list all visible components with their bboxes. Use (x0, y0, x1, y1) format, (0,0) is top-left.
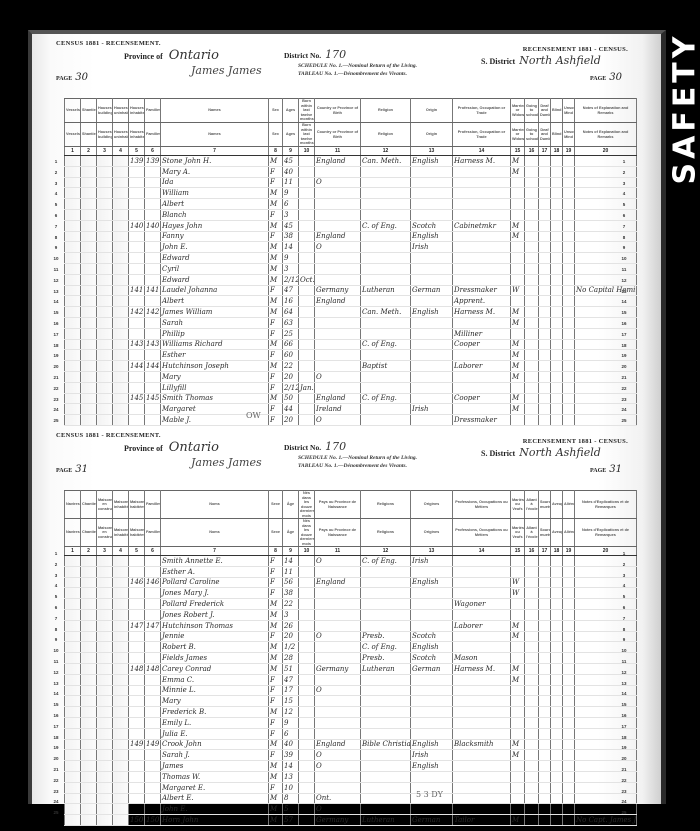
cell-occ (453, 782, 511, 793)
row-number: 11 (618, 265, 630, 276)
cell-orig (411, 328, 453, 339)
cell-dw (129, 771, 145, 782)
cell-empty (551, 166, 563, 177)
cell-empty (65, 156, 81, 167)
cell-empty (97, 663, 113, 674)
cell-empty (65, 707, 81, 718)
cell-dw (129, 566, 145, 577)
cell-empty (97, 674, 113, 685)
cell-name: Blanch (161, 209, 269, 220)
cell-empty (65, 415, 81, 426)
row-number: 24 (618, 405, 630, 416)
cell-orig (411, 166, 453, 177)
cell-empty (563, 371, 575, 382)
cell-fam (145, 761, 161, 772)
census-table: NaviresChantiersMaisons en constructionM… (64, 490, 637, 826)
cell-empty (65, 771, 81, 782)
row-number: 6 (50, 603, 62, 614)
column-header: Professions, Occupations ou Métiers (453, 491, 511, 519)
cell-empty (563, 717, 575, 728)
cell-birth (315, 209, 361, 220)
cell-rel (361, 696, 411, 707)
cell-empty (65, 199, 81, 210)
cell-empty (81, 242, 97, 253)
cell-empty (97, 339, 113, 350)
cell-sex: M (269, 220, 283, 231)
column-number: 1 (65, 147, 81, 156)
cell-born (299, 296, 315, 307)
cell-birth (315, 588, 361, 599)
cell-empty (539, 361, 551, 372)
cell-empty (539, 815, 551, 826)
cell-fam: 145 (145, 393, 161, 404)
column-header: Vessels (65, 99, 81, 123)
cell-occ (453, 804, 511, 815)
cell-rel (361, 350, 411, 361)
cell-mar: M (511, 371, 525, 382)
cell-orig: English (411, 577, 453, 588)
cell-empty (65, 631, 81, 642)
cell-empty (81, 361, 97, 372)
table-header-row: NaviresChantiersMaisons en constructionM… (65, 519, 637, 547)
cell-empty (551, 588, 563, 599)
column-header: Chantiers (81, 519, 97, 547)
cell-empty (113, 296, 129, 307)
cell-orig (411, 717, 453, 728)
column-number: 19 (563, 147, 575, 156)
cell-orig: Irish (411, 750, 453, 761)
row-number: 12 (618, 276, 630, 287)
cell-rel: Lutheran (361, 663, 411, 674)
cell-empty (97, 199, 113, 210)
cell-empty (65, 328, 81, 339)
cell-empty (81, 166, 97, 177)
column-number: 12 (361, 547, 411, 556)
cell-occ: Wagoner (453, 599, 511, 610)
cell-rel (361, 177, 411, 188)
table-header-row: NaviresChantiersMaisons en constructionM… (65, 491, 637, 519)
row-number: 17 (618, 330, 630, 341)
cell-orig (411, 253, 453, 264)
column-header: Nés dans les douze derniers mois (299, 491, 315, 519)
cell-empty (81, 393, 97, 404)
cell-sex: F (269, 231, 283, 242)
cell-occ: Harness M. (453, 663, 511, 674)
cell-occ (453, 209, 511, 220)
cell-orig (411, 599, 453, 610)
cell-dw (129, 199, 145, 210)
row-number: 23 (618, 395, 630, 406)
column-number: 2 (81, 547, 97, 556)
cell-empty (563, 263, 575, 274)
cell-empty (97, 782, 113, 793)
cell-empty (551, 285, 563, 296)
cell-empty (97, 285, 113, 296)
row-number: 14 (618, 297, 630, 308)
cell-dw (129, 296, 145, 307)
page-number-left: PAGE30 (56, 72, 88, 83)
cell-sex: F (269, 696, 283, 707)
cell-empty (81, 296, 97, 307)
cell-orig (411, 296, 453, 307)
column-header: Aveugles (551, 519, 563, 547)
cell-empty (113, 382, 129, 393)
cell-sex: F (269, 577, 283, 588)
cell-dw (129, 588, 145, 599)
cell-birth (315, 609, 361, 620)
cell-empty (563, 188, 575, 199)
cell-birth: O (315, 631, 361, 642)
cell-orig: English (411, 642, 453, 653)
cell-name: James William (161, 307, 269, 318)
cell-dw (129, 350, 145, 361)
cell-rel: C. of Eng. (361, 339, 411, 350)
cell-fam (145, 317, 161, 328)
cell-name: Cyril (161, 263, 269, 274)
cell-empty (97, 404, 113, 415)
cell-age: 9 (283, 717, 299, 728)
cell-empty (551, 253, 563, 264)
cell-fam (145, 717, 161, 728)
row-number: 13 (50, 679, 62, 690)
cell-orig: Irish (411, 242, 453, 253)
row-number: 15 (618, 700, 630, 711)
cell-empty (97, 685, 113, 696)
column-header: Country or Province of Birth (315, 123, 361, 147)
footer-mark: OW (246, 411, 261, 420)
column-number: 14 (453, 547, 511, 556)
cell-born (299, 253, 315, 264)
row-number: 5 (618, 200, 630, 211)
cell-sex: F (269, 166, 283, 177)
column-header: Notes of Explanation and Remarks (575, 123, 637, 147)
cell-empty (97, 328, 113, 339)
cell-rel (361, 793, 411, 804)
cell-empty (65, 653, 81, 664)
column-header: Sexe (269, 491, 283, 519)
cell-mar (511, 209, 525, 220)
cell-empty (551, 188, 563, 199)
cell-dw (129, 631, 145, 642)
cell-rel (361, 188, 411, 199)
cell-mar (511, 804, 525, 815)
cell-empty (539, 242, 551, 253)
cell-rel (361, 577, 411, 588)
cell-birth (315, 382, 361, 393)
row-numbers-right: 1234567891011121314151617181920212223242… (618, 549, 630, 819)
cell-empty (525, 793, 539, 804)
cell-sex: F (269, 717, 283, 728)
cell-empty (563, 750, 575, 761)
column-header: Deaf and Dumb (539, 99, 551, 123)
cell-birth (315, 263, 361, 274)
column-header: Houses building (97, 123, 113, 147)
column-header: Âge (283, 519, 299, 547)
cell-empty (551, 631, 563, 642)
cell-born (299, 231, 315, 242)
cell-born (299, 199, 315, 210)
table-row: 142142James WilliamM64Can. Meth.EnglishH… (65, 307, 637, 318)
row-number: 13 (50, 287, 62, 298)
cell-orig (411, 620, 453, 631)
cell-name: Fanny (161, 231, 269, 242)
cell-fam (145, 177, 161, 188)
cell-age: 14 (283, 242, 299, 253)
cell-empty (113, 599, 129, 610)
row-number: 6 (618, 211, 630, 222)
cell-birth: O (315, 750, 361, 761)
row-number: 25 (618, 416, 630, 427)
cell-empty (539, 620, 551, 631)
cell-name: Hayes John (161, 220, 269, 231)
cell-rel: Can. Meth. (361, 307, 411, 318)
cell-empty (551, 815, 563, 826)
cell-empty (81, 728, 97, 739)
cell-rel: C. of Eng. (361, 556, 411, 567)
cell-empty (97, 588, 113, 599)
cell-empty (113, 609, 129, 620)
cell-empty (81, 620, 97, 631)
cell-empty (65, 166, 81, 177)
cell-rel (361, 415, 411, 426)
cell-born (299, 177, 315, 188)
cell-birth: Germany (315, 815, 361, 826)
table-row: 148148Carey ConradM51GermanyLutheranGerm… (65, 663, 637, 674)
cell-empty (81, 588, 97, 599)
table-row: 143143Williams RichardM66C. of Eng.Coope… (65, 339, 637, 350)
cell-fam (145, 382, 161, 393)
cell-empty (65, 696, 81, 707)
cell-occ (453, 707, 511, 718)
table-row: Emma C.F47M (65, 674, 637, 685)
cell-empty (563, 382, 575, 393)
cell-empty (81, 804, 97, 815)
row-number: 22 (50, 384, 62, 395)
cell-empty (81, 371, 97, 382)
cell-age: 22 (283, 361, 299, 372)
cell-rel (361, 209, 411, 220)
cell-birth: O (315, 415, 361, 426)
column-number: 10 (299, 547, 315, 556)
row-number: 12 (50, 276, 62, 287)
cell-mar: M (511, 674, 525, 685)
cell-empty (113, 728, 129, 739)
cell-name: Albert (161, 296, 269, 307)
cell-empty (525, 307, 539, 318)
cell-empty (81, 750, 97, 761)
cell-empty (539, 750, 551, 761)
cell-orig (411, 263, 453, 274)
cell-orig (411, 199, 453, 210)
cell-dw (129, 782, 145, 793)
row-number: 23 (50, 787, 62, 798)
cell-occ: Laborer (453, 620, 511, 631)
cell-empty (81, 674, 97, 685)
table-row: 144144Hutchinson JosephM22BaptistLaborer… (65, 361, 637, 372)
row-number: 24 (618, 797, 630, 808)
column-number: 7 (161, 147, 269, 156)
column-header: Houses inhabited (129, 99, 145, 123)
cell-empty (563, 728, 575, 739)
cell-rel (361, 242, 411, 253)
cell-empty (65, 717, 81, 728)
column-header: Blind (551, 123, 563, 147)
cell-rel: Lutheran (361, 815, 411, 826)
cell-occ (453, 566, 511, 577)
column-number: 11 (315, 147, 361, 156)
cell-fam (145, 231, 161, 242)
row-number: 14 (50, 297, 62, 308)
cell-empty (97, 804, 113, 815)
cell-occ: Harness M. (453, 156, 511, 167)
cell-empty (551, 696, 563, 707)
cell-rel (361, 761, 411, 772)
cell-birth (315, 328, 361, 339)
cell-fam (145, 804, 161, 815)
cell-empty (65, 274, 81, 285)
cell-age: 15 (283, 696, 299, 707)
cell-birth: O (315, 804, 361, 815)
cell-empty (563, 166, 575, 177)
cell-occ (453, 588, 511, 599)
cell-mar: W (511, 577, 525, 588)
cell-dw (129, 761, 145, 772)
cell-empty (539, 188, 551, 199)
cell-empty (65, 209, 81, 220)
cell-sex: M (269, 307, 283, 318)
cell-empty (65, 382, 81, 393)
row-number: 9 (618, 635, 630, 646)
subdistrict-name: James James (191, 456, 262, 469)
cell-empty (563, 771, 575, 782)
cell-name: John E. (161, 804, 269, 815)
column-header: Going to school (525, 123, 539, 147)
cell-rel (361, 263, 411, 274)
cell-age: 11 (283, 566, 299, 577)
cell-birth: O (315, 177, 361, 188)
safety-edge-label: SAFETY (672, 8, 698, 208)
cell-empty (563, 404, 575, 415)
cell-name: Albert (161, 199, 269, 210)
cell-empty (113, 242, 129, 253)
cell-name: Edward (161, 274, 269, 285)
cell-age: 20 (283, 631, 299, 642)
column-header: Religions (361, 519, 411, 547)
cell-empty (113, 177, 129, 188)
cell-mar (511, 415, 525, 426)
cell-birth (315, 771, 361, 782)
cell-fam (145, 642, 161, 653)
cell-empty (539, 307, 551, 318)
cell-fam (145, 253, 161, 264)
cell-empty (539, 328, 551, 339)
cell-empty (65, 599, 81, 610)
cell-empty (539, 404, 551, 415)
cell-empty (97, 771, 113, 782)
cell-empty (65, 642, 81, 653)
cell-age: 1/2 (283, 642, 299, 653)
cell-fam (145, 556, 161, 567)
census-title-right: RECENSEMENT 1881 - CENSUS. (523, 46, 628, 53)
cell-empty (563, 231, 575, 242)
column-header: Maisons habitées (129, 519, 145, 547)
row-number: 19 (618, 351, 630, 362)
cell-sex: M (269, 242, 283, 253)
cell-born (299, 631, 315, 642)
cell-empty (563, 317, 575, 328)
cell-empty (551, 609, 563, 620)
cell-empty (525, 566, 539, 577)
cell-dw: 150 (129, 815, 145, 826)
row-number: 7 (50, 614, 62, 625)
cell-empty (563, 631, 575, 642)
cell-mar: M (511, 750, 525, 761)
table-row: AlbertM6 (65, 199, 637, 210)
cell-empty (551, 717, 563, 728)
cell-sex: M (269, 653, 283, 664)
cell-empty (97, 815, 113, 826)
cell-empty (539, 707, 551, 718)
cell-sex: F (269, 415, 283, 426)
column-number: 13 (411, 147, 453, 156)
cell-empty (113, 782, 129, 793)
cell-empty (539, 696, 551, 707)
column-header: Origines (411, 519, 453, 547)
row-number: 9 (50, 243, 62, 254)
cell-dw: 143 (129, 339, 145, 350)
cell-fam (145, 707, 161, 718)
cell-empty (525, 166, 539, 177)
row-number: 16 (50, 711, 62, 722)
column-header: Religion (361, 99, 411, 123)
cell-sex: M (269, 263, 283, 274)
cell-dw: 140 (129, 220, 145, 231)
cell-sex: M (269, 296, 283, 307)
cell-name: Mary (161, 371, 269, 382)
cell-sex: F (269, 782, 283, 793)
cell-empty (525, 609, 539, 620)
cell-dw: 139 (129, 156, 145, 167)
cell-empty (113, 556, 129, 567)
cell-empty (97, 188, 113, 199)
cell-name: Carey Conrad (161, 663, 269, 674)
cell-empty (525, 631, 539, 642)
cell-empty (525, 782, 539, 793)
cell-occ: Cooper (453, 393, 511, 404)
cell-empty (563, 588, 575, 599)
cell-rel: Bible Christian (361, 739, 411, 750)
cell-birth (315, 339, 361, 350)
column-header: Aliénés (563, 519, 575, 547)
cell-name: Robert B. (161, 642, 269, 653)
cell-mar: W (511, 285, 525, 296)
row-number: 15 (50, 308, 62, 319)
cell-rel (361, 328, 411, 339)
cell-empty (539, 415, 551, 426)
cell-born (299, 599, 315, 610)
cell-empty (563, 620, 575, 631)
table-row: Mable J.F20ODressmaker (65, 415, 637, 426)
cell-mar: W (511, 588, 525, 599)
column-header: Houses building (97, 99, 113, 123)
cell-empty (113, 199, 129, 210)
column-number: 9 (283, 547, 299, 556)
row-number: 11 (50, 657, 62, 668)
column-header: Ages (283, 123, 299, 147)
row-number: 17 (618, 722, 630, 733)
cell-empty (539, 350, 551, 361)
cell-empty (551, 653, 563, 664)
